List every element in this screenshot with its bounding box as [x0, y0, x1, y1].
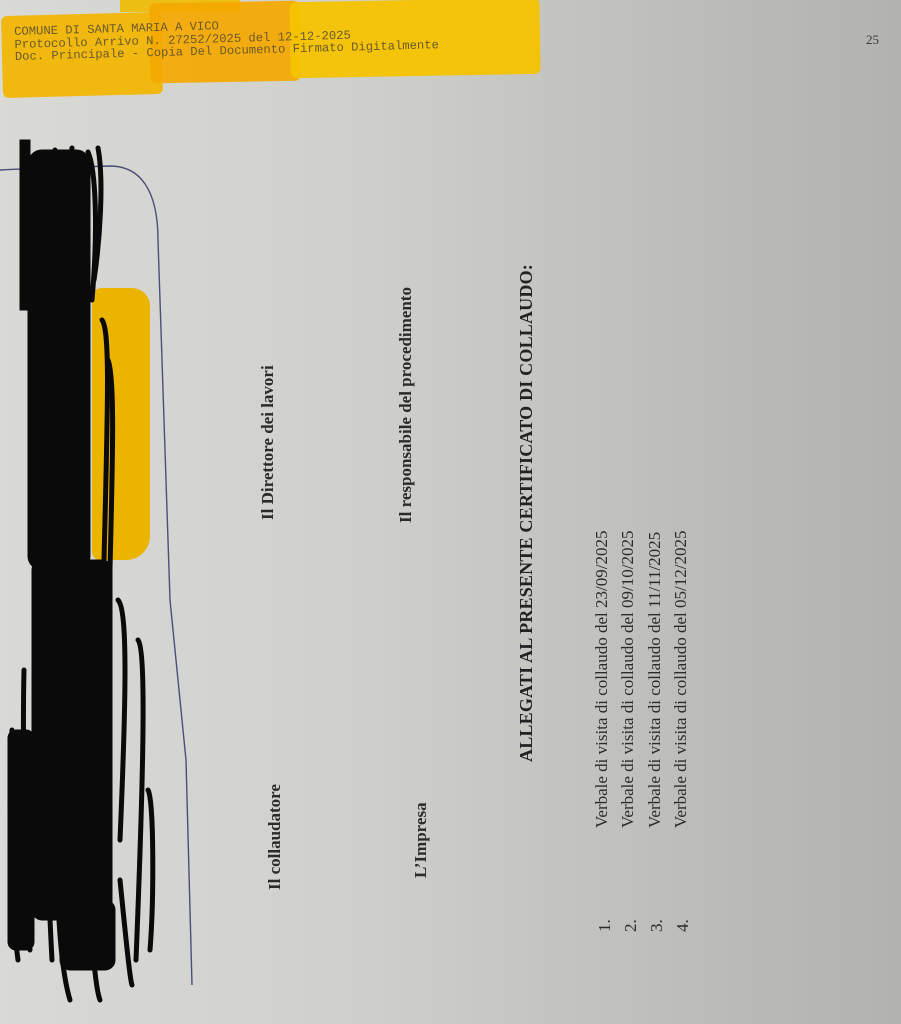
signature-label-direttore: Il Direttore dei lavori	[258, 365, 278, 520]
list-item-number: 3.	[647, 919, 667, 932]
list-item: Verbale di visita di collaudo del 11/11/…	[645, 532, 665, 828]
signature-label-collaudatore: Il collaudatore	[265, 784, 285, 890]
signature-label-responsabile: Il responsabile del procedimento	[396, 287, 416, 523]
list-item-number: 4.	[673, 919, 693, 932]
attachments-heading: ALLEGATI AL PRESENTE CERTIFICATO DI COLL…	[516, 264, 537, 762]
redaction-scribble	[0, 0, 901, 1024]
list-item-number: 2.	[621, 919, 641, 932]
list-item: Verbale di visita di collaudo del 05/12/…	[671, 531, 691, 828]
signature-label-impresa: L’Impresa	[411, 802, 431, 878]
list-item-number: 1.	[595, 919, 615, 932]
list-item: Verbale di visita di collaudo del 09/10/…	[618, 531, 638, 828]
list-item: Verbale di visita di collaudo del 23/09/…	[592, 531, 612, 828]
